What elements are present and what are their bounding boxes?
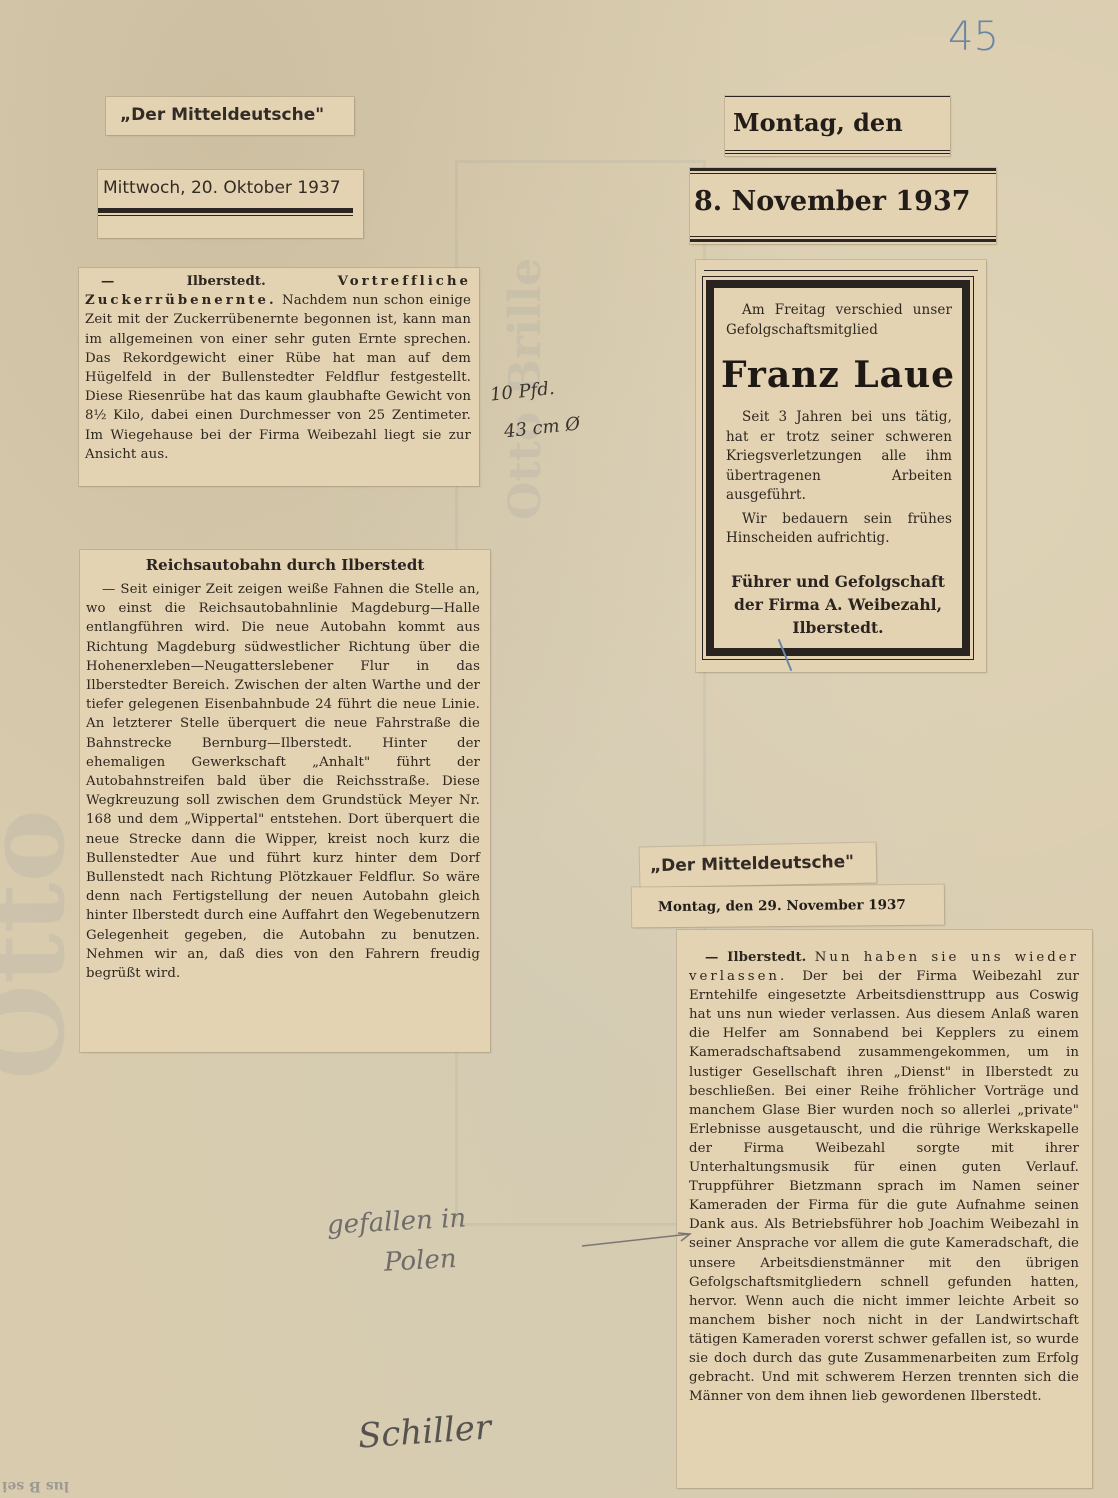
article-dateline: — Ilberstedt. — [705, 950, 806, 965]
date-text: Montag, den 29. November 1937 — [658, 897, 906, 915]
obituary-name: Franz Laue — [714, 354, 962, 396]
date-clipping: Mittwoch, 20. Oktober 1937 — [98, 170, 363, 238]
article-dateline: — Ilberstedt. — [101, 274, 266, 289]
article-body: Der bei der Firma Weibezahl zur Erntehil… — [689, 969, 1079, 1404]
pencil-arrow-icon — [580, 1230, 695, 1250]
obituary-clipping: Am Freitag verschied unser Gefolgschafts… — [696, 260, 986, 672]
obituary-top-rule — [704, 270, 978, 271]
handwritten-note-weight: 10 Pfd. 43 cm Ø — [488, 368, 582, 453]
date-clipping: Montag, den 29. November 1937 — [632, 885, 944, 928]
article-arbeitsdienst: — Ilberstedt. Nun haben sie uns wieder v… — [677, 930, 1092, 1488]
newspaper-name-clipping: „Der Mitteldeutsche" — [640, 843, 877, 888]
page-number: 45 — [948, 14, 999, 60]
newspaper-name: „Der Mitteldeutsche" — [120, 105, 324, 125]
big-date-clipping: 8. November 1937 — [690, 168, 996, 244]
obituary-paragraph: Wir bedauern sein frühes Hinscheiden auf… — [726, 510, 952, 549]
obituary-border: Am Freitag verschied unser Gefolgschafts… — [706, 280, 970, 656]
article-reichsautobahn: Reichsautobahn durch Ilberstedt — Seit e… — [80, 550, 490, 1052]
date-text: Mittwoch, 20. Oktober 1937 — [103, 178, 341, 198]
article-body: Nachdem nun schon einige Zeit mit der Zu… — [85, 293, 471, 462]
obituary-intro: Am Freitag verschied unser Gefolgschafts… — [726, 300, 952, 340]
bleed-through-text: lus B sei — [2, 1478, 69, 1494]
weekday-text: Montag, den — [733, 108, 903, 137]
newspaper-name: „Der Mitteldeutsche" — [650, 852, 854, 876]
article-body: — Seit einiger Zeit zeigen weiße Fahnen … — [86, 580, 480, 983]
weekday-clipping: Montag, den — [725, 96, 950, 156]
date-rule — [98, 208, 353, 216]
handwritten-signature: Schiller — [357, 1407, 493, 1456]
handwritten-note-fallen: gefallen in Polen — [326, 1198, 469, 1285]
bleed-through-text: Otto — [0, 809, 89, 1080]
newspaper-name-clipping: „Der Mitteldeutsche" — [106, 97, 354, 135]
obituary-signature: Führer und Gefolgschaft der Firma A. Wei… — [714, 570, 962, 639]
obituary-paragraph: Seit 3 Jahren bei uns tätig, hat er trot… — [726, 408, 952, 506]
big-date-text: 8. November 1937 — [694, 186, 971, 217]
ghost-frame — [455, 160, 706, 1226]
article-headline: Reichsautobahn durch Ilberstedt — [80, 556, 490, 574]
article-zuckerruebenernte: — Ilberstedt. Vortreffliche Zuckerrübene… — [79, 268, 479, 486]
